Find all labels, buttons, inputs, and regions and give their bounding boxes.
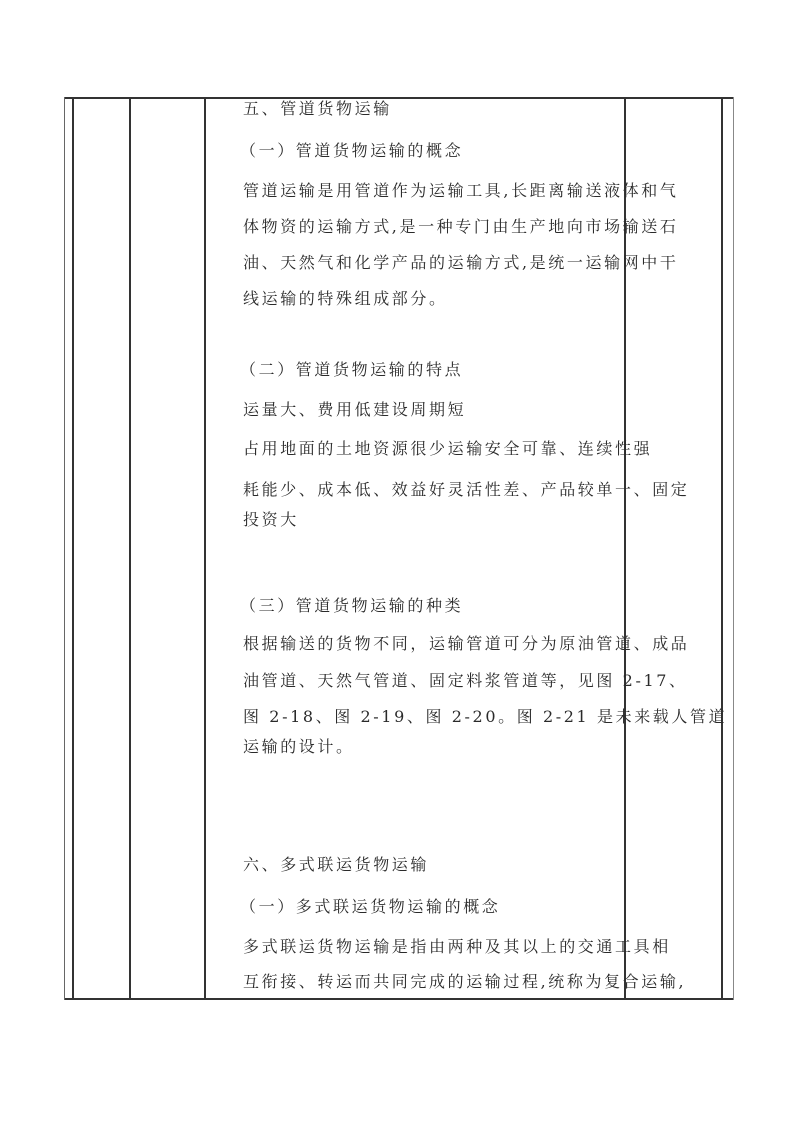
paragraph-line: 图 2-18、图 2-19、图 2-20。图 2-21 是未来载人管道 — [243, 707, 727, 727]
paragraph-line: 投资大 — [243, 510, 299, 530]
paragraph-line: 多式联运货物运输是指由两种及其以上的交通工具相 — [243, 937, 671, 957]
table-top-border — [64, 97, 734, 99]
section-5-sub3-title: （三）管道货物运输的种类 — [240, 596, 463, 616]
section-5-sub2-title: （二）管道货物运输的特点 — [240, 360, 463, 380]
paragraph-line: 体物资的运输方式,是一种专门由生产地向市场输送石 — [243, 217, 679, 237]
section-6-sub1-title: （一）多式联运货物运输的概念 — [240, 897, 500, 917]
paragraph-line: 根据输送的货物不同，运输管道可分为原油管道、成品 — [243, 634, 689, 654]
paragraph-line: 运输的设计。 — [243, 737, 355, 757]
paragraph-line: 占用地面的土地资源很少运输安全可靠、连续性强 — [243, 439, 652, 459]
table-left-inner-border — [72, 97, 74, 1000]
section-5-heading: 五、管道货物运输 — [243, 99, 392, 119]
paragraph-line: 耗能少、成本低、效益好灵活性差、产品较单一、固定 — [243, 480, 689, 500]
paragraph-line: 管道运输是用管道作为运输工具,长距离输送液体和气 — [243, 181, 679, 201]
paragraph-line: 运量大、费用低建设周期短 — [243, 400, 466, 420]
paragraph-line: 线运输的特殊组成部分。 — [243, 289, 448, 309]
column-divider-1 — [129, 97, 131, 1000]
paragraph-line: 互衔接、转运而共同完成的运输过程,统称为复合运输, — [243, 972, 686, 992]
table-bottom-border — [64, 998, 734, 1000]
table-right-inner-border — [721, 97, 723, 1000]
section-5-sub1-title: （一）管道货物运输的概念 — [240, 141, 463, 161]
section-6-heading: 六、多式联运货物运输 — [243, 855, 429, 875]
table-left-outer-border — [64, 97, 65, 1000]
paragraph-line: 油管道、天然气管道、固定料浆管道等，见图 2-17、 — [243, 671, 688, 691]
paragraph-line: 油、天然气和化学产品的运输方式,是统一运输网中干 — [243, 253, 679, 273]
table-right-outer-border — [733, 97, 734, 1000]
column-divider-2 — [204, 97, 206, 1000]
